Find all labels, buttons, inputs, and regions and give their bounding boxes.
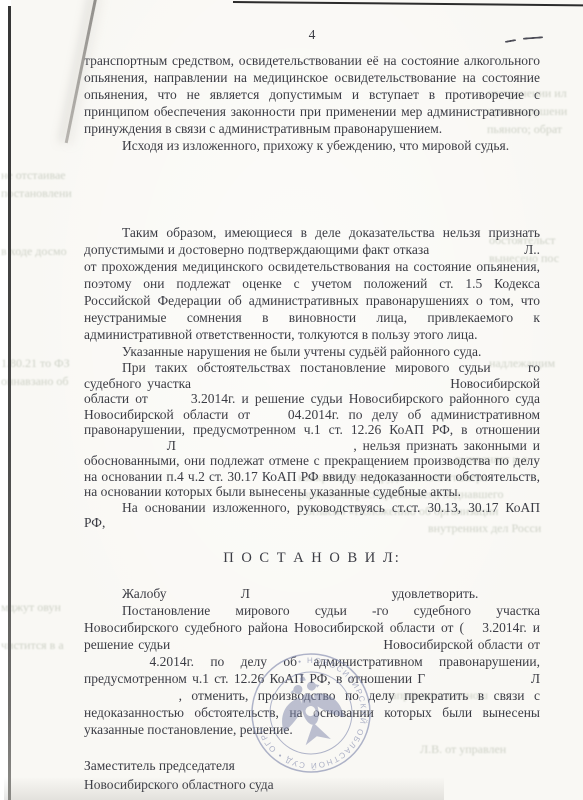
- doc-gap: [84, 568, 540, 585]
- doc-line: опьянения, направлении на медицинское ос…: [84, 69, 540, 86]
- doc-line: области от 3.2014г. и решение судьи Ново…: [84, 391, 540, 407]
- doc-line: Исходя из изложенного, прихожу к убежден…: [84, 137, 540, 154]
- doc-line: Л , нельзя признать законными и: [84, 438, 540, 454]
- resolution-heading: П О С Т А Н О В И Л:: [84, 548, 540, 568]
- doc-gap: [84, 154, 540, 224]
- doc-line: неустранимые сомнения в виновности лица,…: [84, 309, 540, 326]
- doc-line: Жалобу Л удовлетворить.: [84, 585, 540, 602]
- doc-line: принципом обеспечения законности при при…: [84, 103, 540, 120]
- doc-line: на основании которых были вынесены указа…: [84, 484, 540, 500]
- doc-line: На основании изложенного, руководствуясь…: [84, 500, 540, 516]
- doc-line: поэтому они подлежат оценке с учетом пол…: [84, 275, 540, 292]
- doc-line: РФ,: [84, 515, 540, 531]
- doc-line: правонарушении, предусмотренном ч.1 ст. …: [84, 422, 540, 438]
- doc-line: Новосибирского судебного района Новосиби…: [84, 619, 540, 636]
- doc-line: допустимыми и достоверно подтверждающими…: [84, 241, 540, 258]
- doc-line: обоснованными, они подлежат отмене с пре…: [84, 453, 540, 469]
- doc-line: Российской Федерации об административных…: [84, 292, 540, 309]
- doc-line: судебного участка Новосибирской: [84, 376, 540, 392]
- doc-line: Постановление мирового судьи -го судебно…: [84, 602, 540, 619]
- scanner-edge-left: [8, 6, 11, 800]
- pen-mark: [505, 34, 555, 46]
- doc-gap: [84, 531, 540, 548]
- coat-of-arms-eagle-icon: [271, 666, 348, 749]
- doc-line: транспортным средством, освидетельствова…: [84, 52, 540, 69]
- doc-line: Таким образом, имеющиеся в деле доказате…: [84, 224, 540, 241]
- doc-line: на основании п.4 ч.2 ст. 30.17 КоАП РФ в…: [84, 469, 540, 485]
- doc-line: административной ответственности, толкую…: [84, 326, 540, 343]
- doc-line: Новосибирской области от 04.2014г. по де…: [84, 407, 540, 423]
- doc-line: от прохождения медицинского освидетельст…: [84, 258, 540, 275]
- doc-line: Указанные нарушения не были учтены судьё…: [84, 343, 540, 360]
- bottom-smudge: [4, 777, 444, 800]
- page-number: 4: [84, 26, 540, 43]
- doc-line: При таких обстоятельствах постановление …: [84, 360, 540, 376]
- doc-line: принуждения в связи с административным п…: [84, 120, 540, 137]
- doc-line: опьянения, что не является допустимым и …: [84, 86, 540, 103]
